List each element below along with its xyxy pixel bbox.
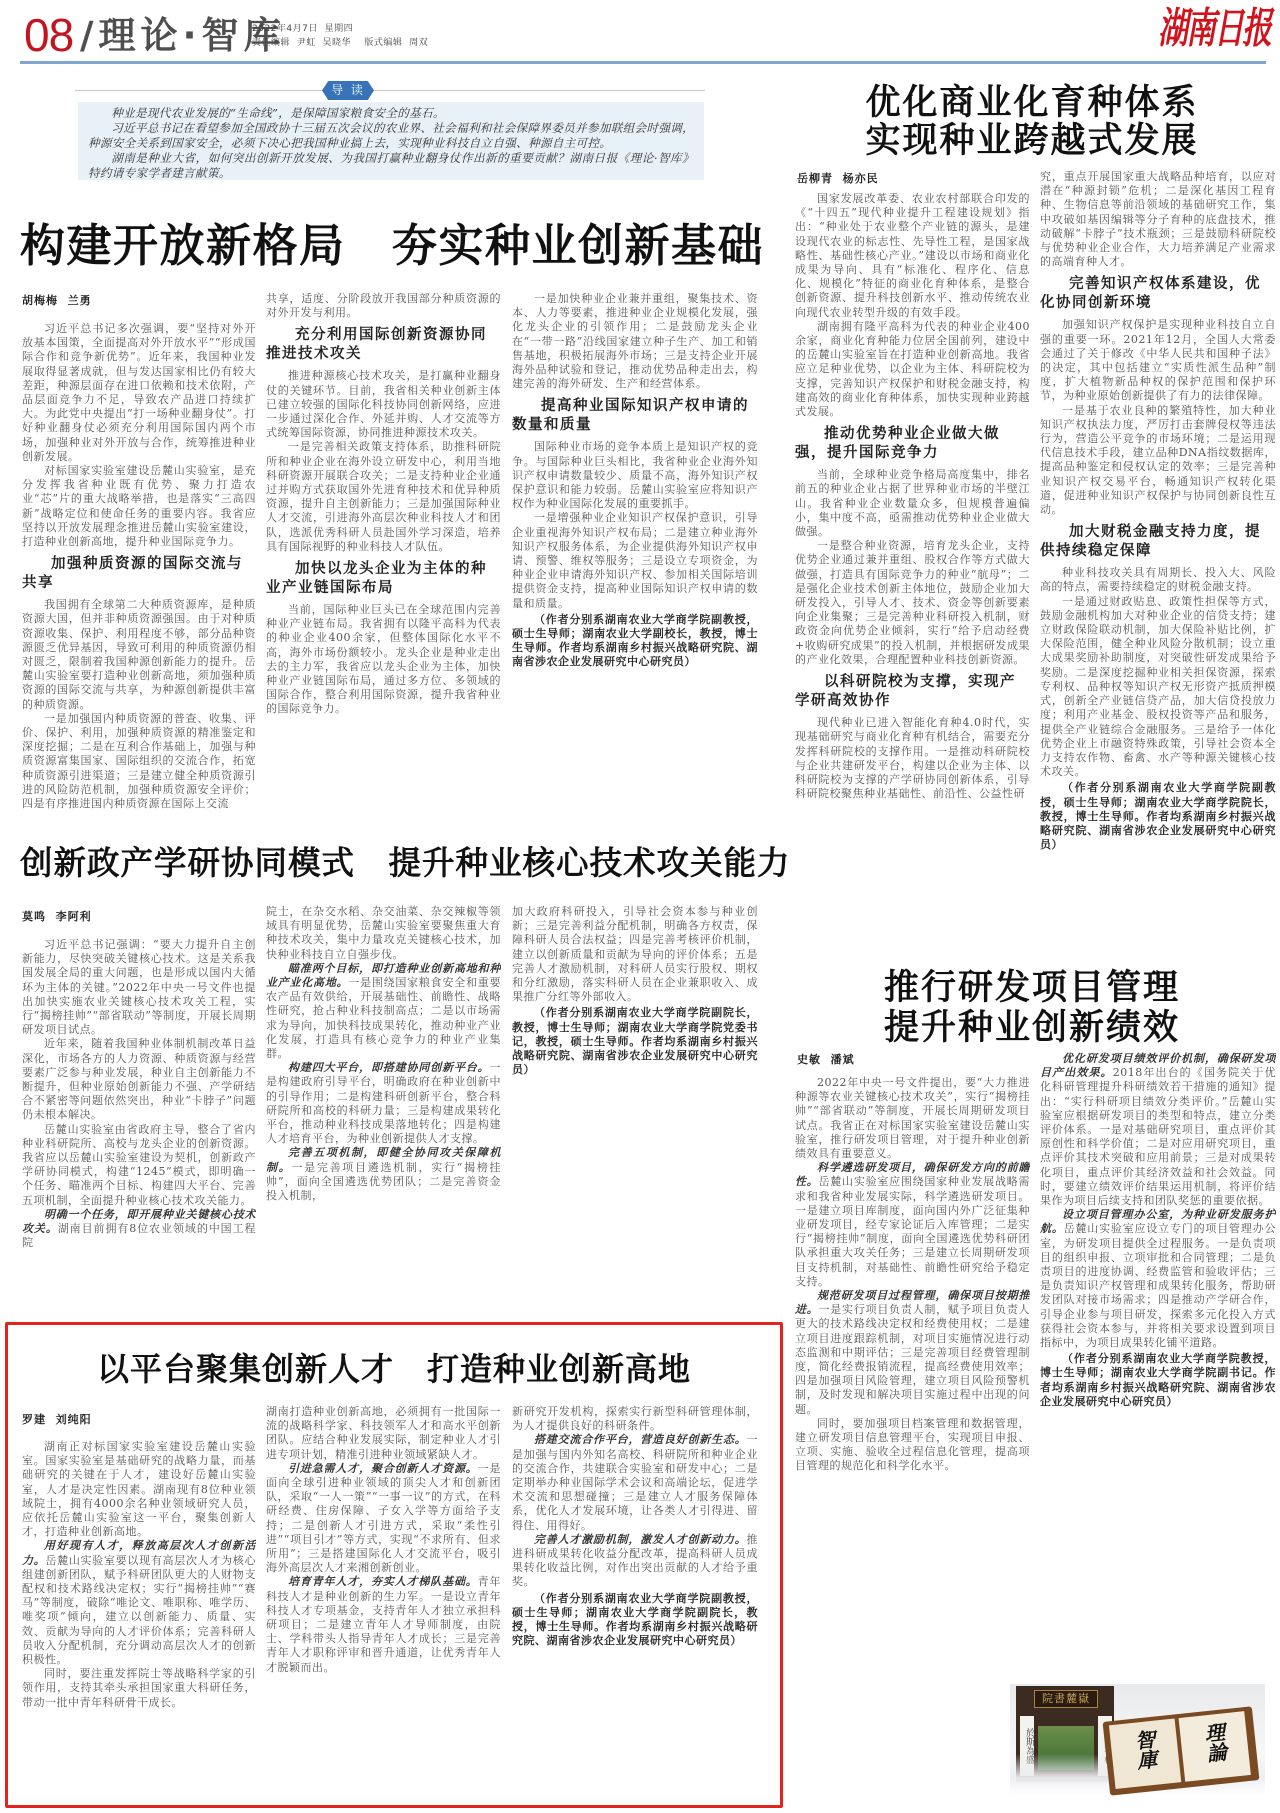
paragraph: 用好现有人才，释放高层次人才创新活力。岳麓山实验室要以现有高层次人才为核心组建创… <box>22 1539 256 1667</box>
paragraph: 完善人才激励机制，激发人才创新动力。推进科研成果转化收益分配改革，提高科研人员成… <box>512 1533 758 1590</box>
section-heading: 以科研院校为支撑，实现产学研高效协作 <box>795 673 1030 711</box>
paragraph: 国际种业市场的竞争本质上是知识产权的竞争。与国际种业巨头相比，我省种业企业海外知… <box>512 440 758 511</box>
paragraph: 瞄准两个目标，即打造种业创新高地和种业产业化高地。一是围绕国家粮食安全和重要农产… <box>266 962 501 1061</box>
paragraph: 一是增强种业企业知识产权保护意识，引导企业重视海外知识产权布局；二是建立种业海外… <box>512 511 758 610</box>
guide-paragraph: 习近平总书记在看望参加全国政协十三届五次会议的农业界、社会福利和社会保障界委员并… <box>88 121 694 151</box>
article-title: 以平台聚集创新人才 打造种业创新高地 <box>5 1348 783 1390</box>
paragraph-text: 一是加强与国内外知名高校、科研院所和种业企业的交流合作，共建联合实验室和研发中心… <box>512 1433 758 1531</box>
article-column: 院士，在杂交水稻、杂交油菜、杂交辣椒等领域具有明显优势，岳麓山实验室要聚焦重大育… <box>266 905 501 1312</box>
author-note: （作者分别系湖南农业大学商学院教授，博士生导师；湖南农业大学商学院副书记。作者均… <box>1040 1352 1276 1409</box>
article-title-line: 优化商业化育种体系 <box>852 84 1212 122</box>
paragraph-text: 2018年出台的《国务院关于优化科研管理提升科研绩效若干措施的通知》提出：“实行… <box>1040 1066 1276 1207</box>
paragraph-text: 岳麓山实验室要以现有高层次人才为核心组建创新团队，赋予科研团队更大的人财物支配权… <box>22 1554 256 1666</box>
article-column: 加大政府科研投入，引导社会资本参与种业创新；三是完善利益分配机制，明确各方权责，… <box>512 905 758 1312</box>
editor-credits: 责任编辑 尹虹 吴晓华 版式编辑 周双 <box>252 38 428 49</box>
paragraph: 优化研发项目绩效评价机制，确保研发项目产出效果。2018年出台的《国务院关于优化… <box>1040 1052 1276 1208</box>
book-left-page: 智庫 <box>1109 1718 1181 1789</box>
paragraph: 近年来，随着我国种业体制机制改革日益深化，市场各方的人力资源、种质资源与经营要素… <box>22 1037 256 1122</box>
article-title-line: 提升种业创新绩效 <box>852 1008 1212 1048</box>
paragraph: 2022年中央一号文件提出，要“大力推进种源等农业关键核心技术攻关”，实行“揭榜… <box>795 1076 1030 1161</box>
newspaper-logo: 湖南日报 <box>1158 6 1270 54</box>
article-byline: 罗建 刘纯阳 <box>22 1413 92 1427</box>
article-title: 优化商业化育种体系 实现种业跨越式发展 <box>852 84 1212 160</box>
header-rule <box>20 61 1266 64</box>
article-title-line: 实现种业跨越式发展 <box>852 122 1212 160</box>
article-byline: 胡梅梅 兰勇 <box>22 294 92 308</box>
paragraph: 设立项目管理办公室，为种业研发服务护航。岳麓山实验室应设立专门的项目管理办公室，… <box>1040 1208 1276 1350</box>
lead-sentence: 搭建交流合作平台，营造良好创新生态。 <box>534 1433 747 1446</box>
article-byline: 史敏 潘斌 <box>797 1053 855 1067</box>
paragraph: 规范研发项目过程管理，确保项目按期推进。一是实行项目负责人制，赋予项目负责人更大… <box>795 1289 1030 1417</box>
article-title: 创新政产学研协同模式 提升种业核心技术攻关能力 <box>20 842 791 884</box>
paragraph: 共享，适度、分阶段放开我国部分种质资源的对外开发与利用。 <box>266 292 501 320</box>
paragraph: 习近平总书记强调：“要大力提升自主创新能力，尽快突破关键核心技术。这是关系我国发… <box>22 938 256 1037</box>
author-note: （作者分别系湖南农业大学商学院副教授，硕士生导师；湖南农业大学商学院院长，教授，… <box>1040 781 1276 852</box>
paragraph: 明确一个任务，即开展种业关键核心技术攻关。湖南目前拥有8位农业领域的中国工程院 <box>22 1208 256 1251</box>
article-column: 共享，适度、分阶段放开我国部分种质资源的对外开发与利用。 充分利用国际创新资源协… <box>266 292 501 812</box>
book-calligraphy-left: 智庫 <box>1131 1729 1159 1771</box>
article-byline: 岳柳青 杨亦民 <box>797 172 879 186</box>
paragraph: 现代种业已进入智能化育种4.0时代，实现基础研究与商业化育种有机结合，需要充分发… <box>795 716 1030 801</box>
book-right-page: 理論 <box>1179 1711 1251 1782</box>
paragraph: 一是通过财政贴息、政策性担保等方式，鼓励金融机构加大对种业企业的信贷支持；建立财… <box>1040 595 1276 780</box>
lead-sentence: 构建四大平台，即搭建协同创新平台。 <box>288 1061 490 1074</box>
newspaper-page: 08 /理论·智库 2022年4月7日 星期四 责任编辑 尹虹 吴晓华 版式编辑… <box>0 0 1280 1813</box>
article-column: 湖南打造种业创新高地，必须拥有一批国际一流的战略科学家、科技领军人才和高水平创新… <box>266 1405 501 1798</box>
paragraph: 同时，要注重发挥院士等战略科学家的引领作用，支持其牵头承担国家重大科研任务，带动… <box>22 1667 256 1710</box>
paragraph: 一是基于农业良种的繁殖特性，加大种业知识产权执法力度，严厉打击套牌侵权等违法行为… <box>1040 404 1276 518</box>
paragraph: 一是加快种业企业兼并重组，聚集技术、资本、人力等要素，推进种业企业规模化发展，强… <box>512 292 758 391</box>
paragraph: 加强知识产权保护是实现种业科技自立自强的重要一环。2021年12月，全国人大常委… <box>1040 318 1276 403</box>
paragraph: 当前，国际种业巨头已在全球范围内完善种业产业链布局。我省拥有以隆平高科为代表的种… <box>266 603 501 717</box>
article-column: 2022年中央一号文件提出，要“大力推进种源等农业关键核心技术攻关”，实行“揭榜… <box>795 1076 1030 1808</box>
section-heading: 加强种质资源的国际交流与共享 <box>22 555 256 593</box>
author-note: （作者分别系湖南农业大学商学院副教授，硕士生导师；湖南农业大学副校长，教授，博士… <box>512 613 758 670</box>
paragraph: 新研究开发机构，探索实行新型科研管理体制，为人才提供良好的科研条件。 <box>512 1405 758 1433</box>
article-title-line: 推行研发项目管理 <box>852 968 1212 1008</box>
paragraph: 搭建交流合作平台，营造良好创新生态。一是加强与国内外知名高校、科研院所和种业企业… <box>512 1433 758 1532</box>
lead-sentence: 培育青年人才，夯实人才梯队基础。 <box>288 1575 478 1588</box>
section-heading: 加快以龙头企业为主体的种业产业链国际布局 <box>266 560 501 598</box>
paragraph: 岳麓山实验室由省政府主导，整合了省内种业科研院所、高校与龙头企业的创新资源。我省… <box>22 1123 256 1208</box>
guide-paragraph: 种业是现代农业发展的“生命线”，是保障国家粮食安全的基石。 <box>88 106 694 121</box>
section-heading: 提高种业国际知识产权申请的数量和质量 <box>512 397 758 435</box>
author-note: （作者分别系湖南农业大学商学院副教授，硕士生导师；湖南农业大学商学院副院长，教授… <box>512 1592 758 1649</box>
article-column: 新研究开发机构，探索实行新型科研管理体制，为人才提供良好的科研条件。 搭建交流合… <box>512 1405 758 1798</box>
paragraph: 我国拥有全球第二大种质资源库，是种质资源大国，但并非种质资源强国。由于对种质资源… <box>22 598 256 712</box>
paragraph: 一是加强国内种质资源的普查、收集、评价、保护、利用，加强种质资源的精准鉴定和深度… <box>22 712 256 811</box>
paragraph: 推进种源核心技术攻关，是打赢种业翻身仗的关键环节。目前，我省相关种业创新主体已建… <box>266 369 501 440</box>
section-heading: 充分利用国际创新资源协同推进技术攻关 <box>266 326 501 364</box>
section-heading: 完善知识产权体系建设，优化协同创新环境 <box>1040 275 1276 313</box>
article-column: 国家发展改革委、农业农村部联合印发的《“十四五”现代种业提升工程建设规划》指出：… <box>795 192 1030 934</box>
paragraph-text: 一是实行项目负责人制，赋予项目负责人更大的技术路线决定权和经费使用权；二是建立项… <box>795 1303 1030 1415</box>
lead-sentence: 引进急需人才，聚合创新人才资源。 <box>288 1462 478 1475</box>
paragraph: 湖南拥有隆平高科为代表的种业企业400余家，商业化育种能力位居全国前列，建设中的… <box>795 320 1030 419</box>
paragraph: 科学遴选研发项目，确保研发方向的前瞻性。岳麓山实验室应围绕国家种业发展战略需求和… <box>795 1161 1030 1289</box>
paragraph-text: 青年科技人才是种业创新的生力军。一是设立青年科技人才专项基金，支持青年人才独立承… <box>266 1575 501 1673</box>
article-title: 构建开放新格局 夯实种业创新基础 <box>20 218 764 274</box>
article-column: 湖南正对标国家实验室建设岳麓山实验室。国家实验室是基础研究的战略力量，而基础研究… <box>22 1440 256 1798</box>
paragraph-text: 岳麓山实验室应设立专门的项目管理办公室，为研发项目提供全过程服务。一是负责项目的… <box>1040 1222 1276 1349</box>
paragraph: 院士，在杂交水稻、杂交油菜、杂交辣椒等领域具有明显优势，岳麓山实验室要聚焦重大育… <box>266 905 501 962</box>
paragraph: 湖南打造种业创新高地，必须拥有一批国际一流的战略科学家、科技领军人才和高水平创新… <box>266 1405 501 1462</box>
lead-sentence: 完善人才激励机制，激发人才创新动力。 <box>534 1533 747 1546</box>
paragraph: 湖南正对标国家实验室建设岳麓山实验室。国家实验室是基础研究的战略力量，而基础研究… <box>22 1440 256 1539</box>
issue-date: 2022年4月7日 星期四 <box>252 24 353 35</box>
paragraph: 对标国家实验室建设岳麓山实验室，是充分发挥我省种业既有优势、聚力打造农业“芯”片… <box>22 464 256 549</box>
paragraph: 构建四大平台，即搭建协同创新平台。一是构建政府引导平台，明确政府在种业创新中的引… <box>266 1061 501 1146</box>
paragraph-text: 一是完善项目遴选机制，实行“揭榜挂帅”，面向全国遴选优势团队；二是完善资金投入机… <box>266 1161 501 1202</box>
section-title: /理论·智库 <box>80 12 286 60</box>
paragraph: 引进急需人才，聚合创新人才资源。一是面向全球引进种业领域的顶尖人才和创新团队，采… <box>266 1462 501 1576</box>
paragraph: 国家发展改革委、农业农村部联合印发的《“十四五”现代种业提升工程建设规划》指出：… <box>795 192 1030 320</box>
paragraph: 培育青年人才，夯实人才梯队基础。青年科技人才是种业创新的生力军。一是设立青年科技… <box>266 1575 501 1674</box>
paragraph-text: 湖南目前拥有8位农业领域的中国工程院 <box>22 1222 256 1249</box>
paragraph: 习近平总书记多次强调，要“坚持对外开放基本国策，全面提高对外开放水平”“形成国际… <box>22 322 256 464</box>
paragraph: 同时，要加强项目档案管理和数据管理，建立研发项目信息管理平台，实现项目申报、立项… <box>795 1417 1030 1474</box>
paragraph: 一是整合种业资源，培育龙头企业，支持优势企业通过兼并重组、股权合作等方式做大做强… <box>795 539 1030 667</box>
guide-divider <box>75 90 705 91</box>
gate-plaque: 嶽麓書院 <box>1034 1690 1098 1708</box>
paragraph: 当前，全球种业竞争格局高度集中，排名前五的种业企业占据了世界种业市场的半壁江山。… <box>795 468 1030 539</box>
guide-paragraph: 湖南是种业大省，如何突出创新开放发展、为我国打赢种业翻身仗作出新的重要贡献？湖南… <box>88 151 694 181</box>
article-column: 优化研发项目绩效评价机制，确保研发项目产出效果。2018年出台的《国务院关于优化… <box>1040 1052 1276 1678</box>
paragraph-text: 岳麓山实验室应围绕国家种业发展战略需求和我省种业发展实际，科学遴选研发项目。一是… <box>795 1175 1030 1287</box>
article-column: 一是加快种业企业兼并重组，聚集技术、资本、人力等要素，推进种业企业规模化发展，强… <box>512 292 758 812</box>
article-byline: 莫鸣 李阿利 <box>22 910 92 924</box>
guide-label: 导 读 <box>322 81 374 100</box>
section-heading: 加大财税金融支持力度，提供持续稳定保障 <box>1040 523 1276 561</box>
page-number: 08 <box>24 10 73 60</box>
book-calligraphy-right: 理論 <box>1200 1721 1228 1763</box>
guide-box: 种业是现代农业发展的“生命线”，是保障国家粮食安全的基石。 习近平总书记在看望参… <box>78 102 704 180</box>
open-book: 智庫 理論 <box>1103 1706 1260 1795</box>
article-column: 究，重点开展国家重大战略品种培育，以应对潜在“种源封锁”危机；二是深化基因工程育… <box>1040 170 1276 910</box>
article-title: 推行研发项目管理 提升种业创新绩效 <box>852 968 1212 1048</box>
paragraph: 一是完善相关政策支持体系，助推科研院所和种业企业在海外设立研发中心，利用当地科研… <box>266 440 501 554</box>
paragraph-text: 一是面向全球引进种业领域的顶尖人才和创新团队，采取“一人一策”“一事一议”的方式… <box>266 1462 501 1574</box>
paragraph: 种业科技攻关具有周期长、投入大、风险高的特点，需要持续稳定的财税金融支持。 <box>1040 566 1276 594</box>
paragraph: 究，重点开展国家重大战略品种培育，以应对潜在“种源封锁”危机；二是深化基因工程育… <box>1040 170 1276 269</box>
paragraph: 完善五项机制，即健全协同攻关保障机制。一是完善项目遴选机制，实行“揭榜挂帅”，面… <box>266 1146 501 1203</box>
article-column: 习近平总书记强调：“要大力提升自主创新能力，尽快突破关键核心技术。这是关系我国发… <box>22 938 256 1312</box>
yuelu-academy-illustration: 嶽麓書院 於斯為盛 惟楚有材 智庫 理論 <box>1010 1684 1265 1796</box>
author-note: （作者分别系湖南农业大学商学院副院长，教授，博士生导师；湖南农业大学商学院党委书… <box>512 1006 758 1077</box>
paragraph: 加大政府科研投入，引导社会资本参与种业创新；三是完善利益分配机制，明确各方权责，… <box>512 905 758 1004</box>
article-column: 习近平总书记多次强调，要“坚持对外开放基本国策，全面提高对外开放水平”“形成国际… <box>22 322 256 812</box>
section-heading: 推动优势种业企业做大做强，提升国际竞争力 <box>795 425 1030 463</box>
